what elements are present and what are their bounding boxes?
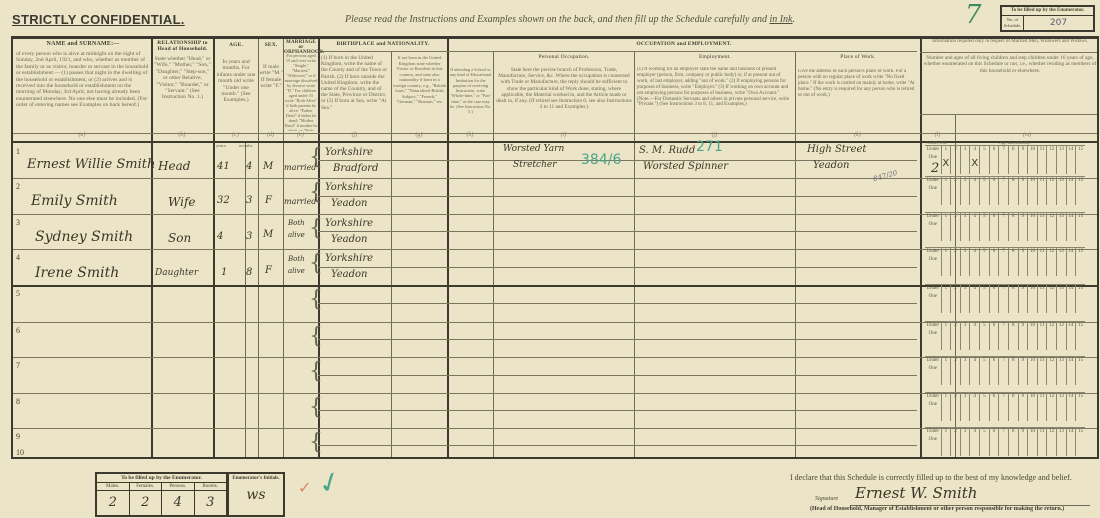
age-grid-header: 7 bbox=[998, 146, 1008, 154]
row-number: 5 bbox=[16, 289, 20, 298]
age-grid-header: 1 bbox=[941, 146, 951, 154]
children-age-grid: Under One123456789101112131415 bbox=[925, 212, 1085, 241]
col-d-title: SEX. bbox=[259, 42, 283, 48]
instruction-ink: in Ink bbox=[769, 14, 792, 25]
col-h-text: If attending a School or any kind of Edu… bbox=[449, 67, 492, 131]
children-title: Number and ages of all living children a… bbox=[923, 55, 1097, 113]
age-grid-header: 15 bbox=[1075, 146, 1085, 154]
employer-business: Worsted Spinner bbox=[643, 161, 728, 172]
children-age-grid: Under One123456789101112131415 bbox=[925, 321, 1085, 350]
child-age-cell bbox=[960, 154, 970, 174]
marital-status: married bbox=[284, 197, 316, 206]
sex: F bbox=[265, 265, 272, 276]
age-grid-header: 2 bbox=[950, 146, 960, 154]
col-m-letter: (m) bbox=[955, 132, 1099, 138]
birthplace-county: Yorkshire bbox=[325, 253, 373, 264]
sex: F bbox=[265, 195, 272, 206]
child-age-cell bbox=[1046, 154, 1056, 174]
row-number: 3 bbox=[16, 218, 20, 227]
relationship: Head bbox=[158, 159, 190, 173]
col-h-letter: (h) bbox=[447, 132, 493, 138]
row-number: 8 bbox=[16, 397, 20, 406]
declaration-text: I declare that this Schedule is correctl… bbox=[790, 473, 1072, 482]
instructions-note: Please read the Instructions and Example… bbox=[345, 14, 795, 25]
col-c-title: AGE. bbox=[214, 42, 258, 48]
children-age-grid: Under One123456789101112131415 bbox=[925, 176, 1085, 205]
age-grid-caption-under-one: Under One bbox=[927, 140, 947, 145]
relationship: Wife bbox=[168, 195, 196, 209]
child-age-cell bbox=[925, 154, 941, 174]
age-grid-header: 10 bbox=[1027, 146, 1037, 154]
birthplace-county: Yorkshire bbox=[325, 218, 373, 229]
col-e-text: For persons aged 15 and over write "Sing… bbox=[284, 53, 318, 131]
sex: M bbox=[263, 161, 273, 172]
enumerator-totals-heading: To be filled up by the Enumerator. bbox=[97, 474, 226, 483]
page-title: STRICTLY CONFIDENTIAL. bbox=[12, 12, 185, 27]
females-label: Females. bbox=[129, 483, 162, 490]
child-age-cell bbox=[950, 154, 960, 174]
children-age-grid: Under One123456789101112131415 bbox=[925, 247, 1085, 276]
col-f-letter: (f) bbox=[318, 132, 391, 138]
signature-note: (Head of Household, Manager of Establish… bbox=[810, 506, 1064, 512]
workplace-town: Yeadon bbox=[813, 160, 849, 171]
females-value: 2 bbox=[129, 491, 162, 515]
birthplace-county: Yorkshire bbox=[325, 147, 373, 158]
row-number: 10 bbox=[16, 448, 24, 457]
males-value: 2 bbox=[97, 491, 129, 515]
col-g-letter: (g) bbox=[391, 132, 447, 138]
occupation-title: OCCUPATION and EMPLOYMENT. bbox=[448, 41, 920, 47]
col-k-letter: (k) bbox=[795, 132, 920, 138]
birthplace-town: Yeadon bbox=[331, 269, 367, 280]
person-name: Sydney Smith bbox=[35, 229, 133, 245]
row-number: 1 bbox=[16, 147, 20, 156]
child-age-cell: X bbox=[941, 154, 951, 174]
col-d-letter: (d) bbox=[258, 132, 283, 138]
col-b-letter: (b) bbox=[151, 132, 213, 138]
rooms-label: Rooms. bbox=[194, 483, 227, 490]
males-label: Males. bbox=[97, 483, 129, 490]
child-age-cell: X bbox=[969, 154, 979, 174]
children-age-grid: Under One123456789101112131415 bbox=[925, 356, 1085, 385]
persons-label: Persons. bbox=[161, 483, 194, 490]
col-b-text: State whether "Head," or "Wife," "Mother… bbox=[153, 56, 212, 131]
orphanhood-line2: alive bbox=[288, 231, 305, 239]
enumerator-totals-box: To be filled up by the Enumerator. Males… bbox=[95, 472, 228, 517]
row-number: 7 bbox=[16, 361, 20, 370]
instruction-text: Please read the Instructions and Example… bbox=[345, 14, 769, 25]
birthplace-town: Yeadon bbox=[331, 198, 367, 209]
age-months: 8 bbox=[246, 267, 252, 278]
child-age-cell bbox=[998, 154, 1008, 174]
col-j-letter: (j) bbox=[634, 132, 795, 138]
schedule-number-value: 207 bbox=[1024, 16, 1093, 30]
green-tick-mark-icon: ✓ bbox=[313, 463, 346, 502]
col-l-letter: (l) bbox=[920, 132, 955, 138]
col-k-text: Give the address of each person's place … bbox=[798, 69, 918, 131]
age-grid-header: 5 bbox=[979, 146, 989, 154]
col-i-text: State here the precise branch of Profess… bbox=[496, 67, 632, 131]
col-b-title: RELATIONSHIP to Head of Household. bbox=[152, 40, 213, 52]
red-tick-mark-icon: ✓ bbox=[298, 478, 311, 497]
col-a-text: of every person who is alive at midnight… bbox=[16, 51, 149, 131]
marital-status: married bbox=[284, 163, 316, 172]
person-name: Irene Smith bbox=[35, 265, 119, 281]
person-name: Emily Smith bbox=[31, 193, 118, 209]
signature: Ernest W. Smith bbox=[855, 484, 977, 502]
enumerator-initials-box: Enumerator's Initials. ws bbox=[227, 472, 285, 517]
row-number: 9 bbox=[16, 432, 20, 441]
child-age-cell bbox=[1066, 154, 1076, 174]
children-age-grid: Under One123456789101112131415 bbox=[925, 427, 1085, 456]
child-age-cell bbox=[1075, 154, 1085, 174]
orphanhood-line2: alive bbox=[288, 267, 305, 275]
age-months: 4 bbox=[246, 161, 252, 172]
age-grid-header: Under One bbox=[925, 146, 941, 154]
child-age-cell bbox=[1037, 154, 1047, 174]
age-months: 3 bbox=[246, 231, 252, 242]
child-age-cell bbox=[1027, 154, 1037, 174]
enumerator-initials: ws bbox=[229, 487, 283, 503]
occupation-code: 384/6 bbox=[581, 152, 621, 168]
age-grid-header: 9 bbox=[1018, 146, 1028, 154]
row-number: 4 bbox=[16, 253, 20, 262]
age-grid-header: 13 bbox=[1056, 146, 1066, 154]
sex: M bbox=[263, 229, 273, 240]
birthplace-town: Bradford bbox=[333, 163, 378, 174]
birthplace-county: Yorkshire bbox=[325, 182, 373, 193]
child-age-cell bbox=[1008, 154, 1018, 174]
workplace-street: High Street bbox=[807, 144, 866, 155]
row-number: 6 bbox=[16, 326, 20, 335]
col-i-letter: (i) bbox=[493, 132, 634, 138]
col-i-title: Personal Occupation. bbox=[494, 54, 634, 60]
child-age-cell bbox=[1056, 154, 1066, 174]
orphanhood-line1: Both bbox=[288, 219, 305, 227]
child-age-cell bbox=[1018, 154, 1028, 174]
col-f-text: (1) If born in the United Kingdom, write… bbox=[321, 55, 389, 131]
age-years: 4 bbox=[217, 231, 223, 242]
age-grid-header: 12 bbox=[1046, 146, 1056, 154]
col-j-text: (1) If working for an employer state the… bbox=[637, 67, 793, 131]
birthplace-town: Yeadon bbox=[331, 234, 367, 245]
age-grid-header: 14 bbox=[1066, 146, 1076, 154]
col-d-text: If male write "M." If female write "F." bbox=[259, 64, 283, 131]
orphanhood-line1: Both bbox=[288, 255, 305, 263]
signature-label: Signature bbox=[815, 496, 838, 502]
children-age-grid: Under OneAge last birthday. Under One123… bbox=[925, 140, 1085, 174]
row-number: 2 bbox=[16, 182, 20, 191]
col-a-letter: (a) bbox=[13, 132, 151, 138]
col-k-title: Place of Work. bbox=[796, 54, 920, 60]
col-c-text: In years and months. For infants under o… bbox=[215, 59, 257, 131]
age-years: 1 bbox=[221, 267, 227, 278]
occupation-line1: Worsted Yarn bbox=[503, 144, 564, 154]
age-grid-header: 3 bbox=[960, 146, 970, 154]
birthplace-title: BIRTHPLACE and NATIONALITY. bbox=[319, 41, 447, 47]
col-g-text: If not born in the United Kingdom state … bbox=[393, 55, 446, 131]
employer-code: 271 bbox=[696, 139, 723, 155]
children-age-grid: Under One123456789101112131415 bbox=[925, 284, 1085, 313]
rooms-value: 3 bbox=[194, 491, 227, 515]
age-grid-header: 4 bbox=[969, 146, 979, 154]
age-months-label: months. bbox=[239, 143, 253, 148]
age-months: 3 bbox=[246, 195, 252, 206]
persons-value: 4 bbox=[161, 491, 194, 515]
workplace-code: 847/20 bbox=[872, 169, 898, 183]
enumerator-initials-label: Enumerator's Initials. bbox=[229, 474, 283, 481]
married-info-title: Information required only in respect of … bbox=[921, 39, 1099, 52]
col-l-text bbox=[921, 115, 955, 133]
age-years-label: years. bbox=[216, 143, 227, 148]
employer-name: S. M. Rudd bbox=[639, 145, 695, 156]
child-age-cell bbox=[989, 154, 999, 174]
child-age-cell bbox=[979, 154, 989, 174]
age-years: 41 bbox=[217, 161, 230, 172]
col-e-letter: (e) bbox=[283, 132, 318, 138]
col-c-letter: (c) bbox=[213, 132, 258, 138]
margin-number: 7 bbox=[965, 0, 982, 30]
schedule-number-label: No. of Schedule. bbox=[1002, 16, 1024, 30]
age-grid-header: 11 bbox=[1037, 146, 1047, 154]
schedule-number-box: To be filled up by the Enumerator. No. o… bbox=[1000, 5, 1095, 32]
relationship: Son bbox=[168, 231, 191, 245]
age-grid-header: 8 bbox=[1008, 146, 1018, 154]
age-years: 32 bbox=[217, 195, 230, 206]
col-a-title: NAME and SURNAME:— bbox=[15, 41, 151, 47]
occupation-line2: Stretcher bbox=[513, 160, 557, 170]
instruction-end: . bbox=[793, 14, 796, 25]
col-m-text bbox=[957, 115, 1097, 133]
schedule-box-heading: To be filled up by the Enumerator. bbox=[1002, 7, 1093, 16]
person-name: Ernest Willie Smith bbox=[27, 157, 155, 172]
age-grid-header: 6 bbox=[989, 146, 999, 154]
col-j-title: Employment. bbox=[635, 54, 795, 60]
children-age-grid: Under One123456789101112131415 bbox=[925, 392, 1085, 421]
relationship: Daughter bbox=[155, 268, 198, 278]
age-grid-caption: Age last birthday. bbox=[999, 140, 1031, 145]
